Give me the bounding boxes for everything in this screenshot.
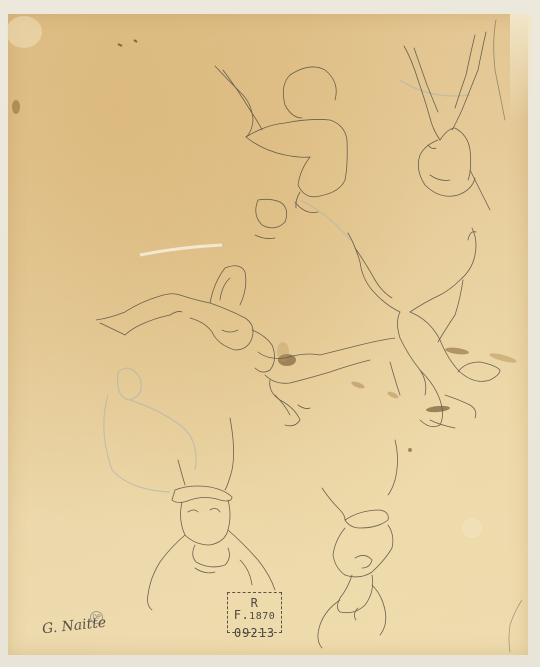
faint-ghost-figure bbox=[104, 80, 470, 492]
stamp-number: 09213 bbox=[228, 627, 281, 639]
paper-stains bbox=[6, 16, 517, 538]
pencil-lines bbox=[96, 20, 522, 652]
stamp-line-1: R F.1870 bbox=[228, 597, 281, 622]
stamp-year: 1870 bbox=[249, 611, 275, 622]
museum-inventory-stamp: R F.1870 09213 bbox=[227, 592, 282, 633]
sketch-figures bbox=[0, 0, 540, 667]
